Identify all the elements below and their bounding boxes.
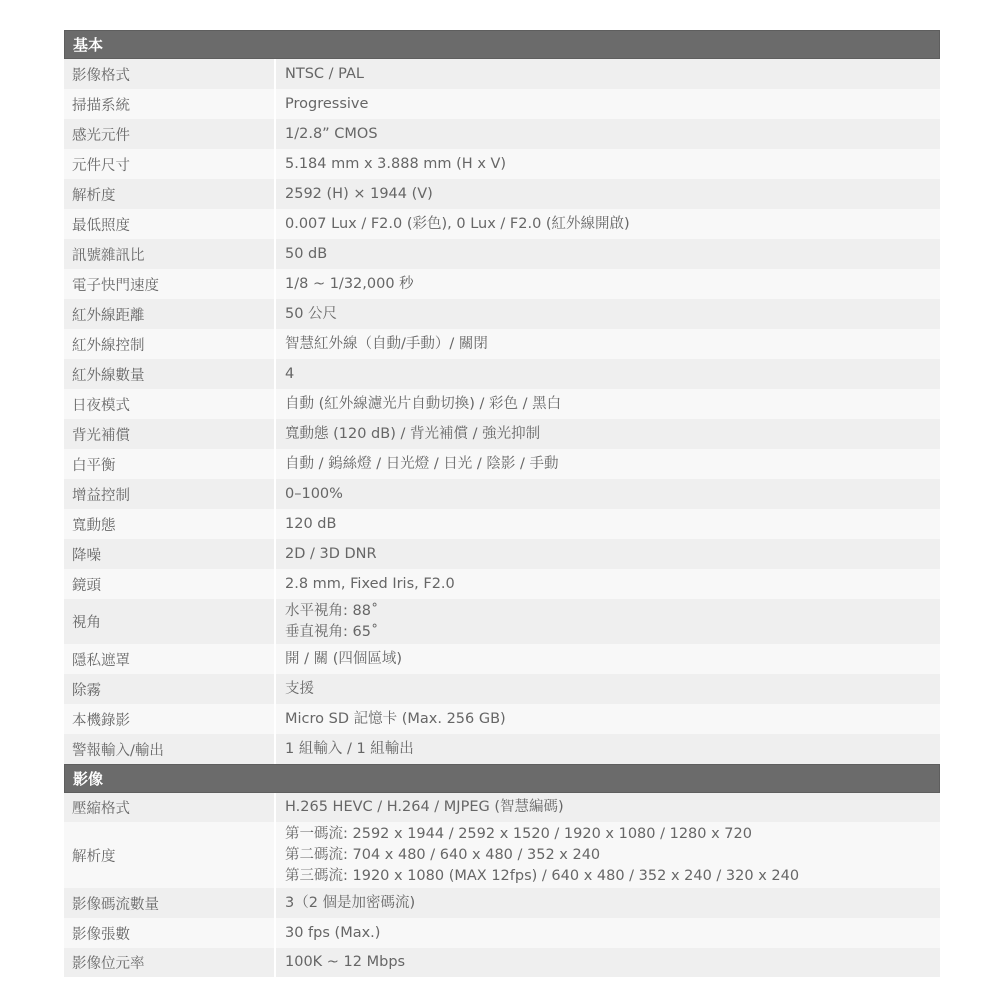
table-row: 白平衡自動 / 鎢絲燈 / 日光燈 / 日光 / 陰影 / 手動 — [64, 449, 940, 479]
row-label: 最低照度 — [64, 209, 276, 239]
row-value: 2D / 3D DNR — [276, 539, 940, 569]
row-value: 50 dB — [276, 239, 940, 269]
value-line: 1 組輸入 / 1 組輸出 — [285, 739, 940, 760]
value-line: 寬動態 (120 dB) / 背光補償 / 強光抑制 — [285, 424, 940, 445]
value-line: 50 dB — [285, 244, 940, 265]
table-row: 紅外線控制智慧紅外線（自動/手動）/ 關閉 — [64, 329, 940, 359]
value-line: H.265 HEVC / H.264 / MJPEG (智慧編碼) — [285, 797, 940, 818]
table-row: 電子快門速度1/8 ~ 1/32,000 秒 — [64, 269, 940, 299]
row-label: 掃描系統 — [64, 89, 276, 119]
table-row: 背光補償寬動態 (120 dB) / 背光補償 / 強光抑制 — [64, 419, 940, 449]
row-value: 5.184 mm x 3.888 mm (H x V) — [276, 149, 940, 179]
row-value: 0.007 Lux / F2.0 (彩色), 0 Lux / F2.0 (紅外線… — [276, 209, 940, 239]
value-line: 1/2.8” CMOS — [285, 124, 940, 145]
table-row: 降噪2D / 3D DNR — [64, 539, 940, 569]
row-label: 增益控制 — [64, 479, 276, 509]
section-header-basic: 基本 — [64, 30, 940, 59]
value-line: 50 公尺 — [285, 304, 940, 325]
value-line: 第三碼流: 1920 x 1080 (MAX 12fps) / 640 x 48… — [285, 866, 940, 887]
row-label: 解析度 — [64, 179, 276, 209]
row-value: 1 組輸入 / 1 組輸出 — [276, 734, 940, 764]
value-line: 0.007 Lux / F2.0 (彩色), 0 Lux / F2.0 (紅外線… — [285, 214, 940, 235]
value-line: 自動 (紅外線濾光片自動切換) / 彩色 / 黑白 — [285, 394, 940, 415]
table-row: 日夜模式自動 (紅外線濾光片自動切換) / 彩色 / 黑白 — [64, 389, 940, 419]
value-line: 120 dB — [285, 514, 940, 535]
value-line: Progressive — [285, 94, 940, 115]
row-label: 鏡頭 — [64, 569, 276, 599]
row-value: 50 公尺 — [276, 299, 940, 329]
value-line: 2592 (H) × 1944 (V) — [285, 184, 940, 205]
value-line: 開 / 關 (四個區域) — [285, 649, 940, 670]
row-label: 紅外線數量 — [64, 359, 276, 389]
row-value: 寬動態 (120 dB) / 背光補償 / 強光抑制 — [276, 419, 940, 449]
row-label: 影像張數 — [64, 918, 276, 948]
row-label: 隱私遮罩 — [64, 644, 276, 674]
row-label: 壓縮格式 — [64, 793, 276, 822]
table-row: 影像位元率100K ~ 12 Mbps — [64, 948, 940, 977]
spec-table: 基本 影像格式NTSC / PAL 掃描系統Progressive 感光元件1/… — [64, 30, 940, 977]
table-row: 感光元件1/2.8” CMOS — [64, 119, 940, 149]
row-value: 2.8 mm, Fixed Iris, F2.0 — [276, 569, 940, 599]
table-row: 解析度第一碼流: 2592 x 1944 / 2592 x 1520 / 192… — [64, 822, 940, 888]
row-value: 1/8 ~ 1/32,000 秒 — [276, 269, 940, 299]
row-value: H.265 HEVC / H.264 / MJPEG (智慧編碼) — [276, 793, 940, 822]
value-line: 5.184 mm x 3.888 mm (H x V) — [285, 154, 940, 175]
table-row: 元件尺寸5.184 mm x 3.888 mm (H x V) — [64, 149, 940, 179]
row-label: 元件尺寸 — [64, 149, 276, 179]
row-value: 30 fps (Max.) — [276, 918, 940, 948]
row-value: Progressive — [276, 89, 940, 119]
row-value: 2592 (H) × 1944 (V) — [276, 179, 940, 209]
row-value: 0–100% — [276, 479, 940, 509]
value-line: 智慧紅外線（自動/手動）/ 關閉 — [285, 334, 940, 355]
row-value: 水平視角: 88˚垂直視角: 65˚ — [276, 599, 940, 644]
value-line: Micro SD 記憶卡 (Max. 256 GB) — [285, 709, 940, 730]
value-line: 4 — [285, 364, 940, 385]
table-row: 紅外線距離50 公尺 — [64, 299, 940, 329]
value-line: 0–100% — [285, 484, 940, 505]
table-row: 掃描系統Progressive — [64, 89, 940, 119]
row-label: 降噪 — [64, 539, 276, 569]
row-value: 第一碼流: 2592 x 1944 / 2592 x 1520 / 1920 x… — [276, 822, 940, 888]
row-value: 3（2 個是加密碼流) — [276, 888, 940, 918]
value-line: 1/8 ~ 1/32,000 秒 — [285, 274, 940, 295]
section-header-video: 影像 — [64, 764, 940, 793]
table-row: 視角水平視角: 88˚垂直視角: 65˚ — [64, 599, 940, 644]
value-line: 支援 — [285, 679, 940, 700]
row-value: 支援 — [276, 674, 940, 704]
row-label: 訊號雜訊比 — [64, 239, 276, 269]
value-line: 第一碼流: 2592 x 1944 / 2592 x 1520 / 1920 x… — [285, 824, 940, 845]
row-label: 紅外線控制 — [64, 329, 276, 359]
row-label: 白平衡 — [64, 449, 276, 479]
row-label: 背光補償 — [64, 419, 276, 449]
value-line: 30 fps (Max.) — [285, 923, 940, 944]
row-value: Micro SD 記憶卡 (Max. 256 GB) — [276, 704, 940, 734]
table-row: 鏡頭2.8 mm, Fixed Iris, F2.0 — [64, 569, 940, 599]
value-line: 自動 / 鎢絲燈 / 日光燈 / 日光 / 陰影 / 手動 — [285, 454, 940, 475]
row-label: 除霧 — [64, 674, 276, 704]
row-value: 100K ~ 12 Mbps — [276, 948, 940, 977]
table-row: 影像張數30 fps (Max.) — [64, 918, 940, 948]
row-value: NTSC / PAL — [276, 59, 940, 89]
value-line: 100K ~ 12 Mbps — [285, 952, 940, 973]
row-label: 警報輸入/輸出 — [64, 734, 276, 764]
value-line: NTSC / PAL — [285, 64, 940, 85]
table-row: 影像格式NTSC / PAL — [64, 59, 940, 89]
row-value: 4 — [276, 359, 940, 389]
value-line: 3（2 個是加密碼流) — [285, 893, 940, 914]
row-label: 影像碼流數量 — [64, 888, 276, 918]
row-label: 解析度 — [64, 822, 276, 888]
table-row: 寬動態120 dB — [64, 509, 940, 539]
row-label: 寬動態 — [64, 509, 276, 539]
value-line: 2.8 mm, Fixed Iris, F2.0 — [285, 574, 940, 595]
table-row: 紅外線數量4 — [64, 359, 940, 389]
row-label: 日夜模式 — [64, 389, 276, 419]
value-line: 2D / 3D DNR — [285, 544, 940, 565]
row-label: 影像格式 — [64, 59, 276, 89]
row-label: 感光元件 — [64, 119, 276, 149]
row-value: 自動 / 鎢絲燈 / 日光燈 / 日光 / 陰影 / 手動 — [276, 449, 940, 479]
row-label: 電子快門速度 — [64, 269, 276, 299]
value-line: 第二碼流: 704 x 480 / 640 x 480 / 352 x 240 — [285, 845, 940, 866]
table-row: 最低照度0.007 Lux / F2.0 (彩色), 0 Lux / F2.0 … — [64, 209, 940, 239]
table-row: 增益控制0–100% — [64, 479, 940, 509]
row-value: 智慧紅外線（自動/手動）/ 關閉 — [276, 329, 940, 359]
table-row: 除霧支援 — [64, 674, 940, 704]
value-line: 水平視角: 88˚ — [285, 601, 940, 622]
row-label: 視角 — [64, 599, 276, 644]
row-value: 開 / 關 (四個區域) — [276, 644, 940, 674]
table-row: 解析度2592 (H) × 1944 (V) — [64, 179, 940, 209]
table-row: 壓縮格式H.265 HEVC / H.264 / MJPEG (智慧編碼) — [64, 793, 940, 822]
table-row: 隱私遮罩開 / 關 (四個區域) — [64, 644, 940, 674]
row-value: 1/2.8” CMOS — [276, 119, 940, 149]
row-value: 120 dB — [276, 509, 940, 539]
row-label: 影像位元率 — [64, 948, 276, 977]
value-line: 垂直視角: 65˚ — [285, 622, 940, 643]
row-value: 自動 (紅外線濾光片自動切換) / 彩色 / 黑白 — [276, 389, 940, 419]
table-row: 本機錄影Micro SD 記憶卡 (Max. 256 GB) — [64, 704, 940, 734]
table-row: 訊號雜訊比50 dB — [64, 239, 940, 269]
table-row: 警報輸入/輸出1 組輸入 / 1 組輸出 — [64, 734, 940, 764]
row-label: 紅外線距離 — [64, 299, 276, 329]
row-label: 本機錄影 — [64, 704, 276, 734]
table-row: 影像碼流數量3（2 個是加密碼流) — [64, 888, 940, 918]
